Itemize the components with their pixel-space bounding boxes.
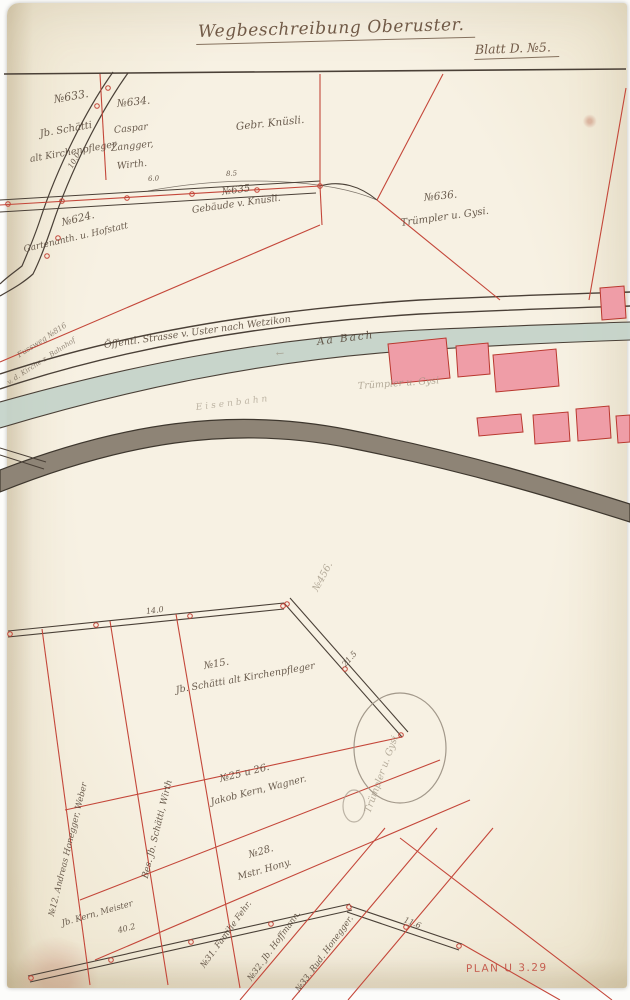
sheet-number: Blatt D. №5. — [474, 41, 559, 59]
stream-flow-arrow: ← — [276, 349, 285, 360]
scanned-map-sheet: Wegbeschreibung Oberuster. Blatt D. №5. … — [0, 0, 630, 1000]
pencil-circle — [343, 693, 446, 822]
map-frame-top — [4, 69, 626, 74]
archive-plan-reference: PLAN U 3.29 — [466, 963, 548, 975]
measure-6-0: 6.0 — [148, 175, 159, 183]
measure-8-5: 8.5 — [226, 170, 237, 178]
topleft-road-curve — [0, 72, 128, 296]
